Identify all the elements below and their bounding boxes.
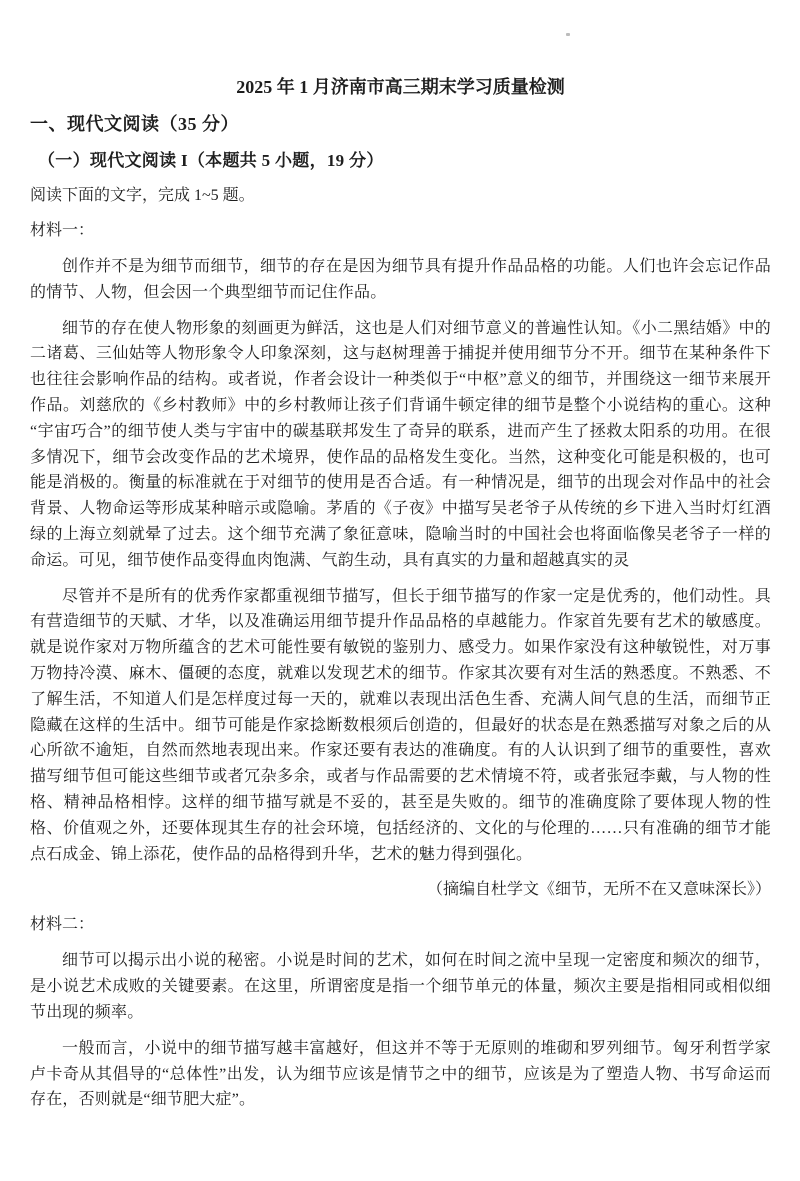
material-two-label: 材料二： (30, 912, 771, 938)
material-one-paragraph-3: 尽管并不是所有的优秀作家都重视细节描写，但长于细节描写的作家一定是优秀的，他们动… (30, 584, 771, 868)
page-title: 2025 年 1 月济南市高三期末学习质量检测 (30, 74, 771, 101)
material-one-paragraph-2: 细节的存在使人物形象的刻画更为鲜活，这也是人们对细节意义的普遍性认知。《小二黑结… (30, 316, 771, 574)
subsection-heading: （一）现代文阅读 I（本题共 5 小题，19 分） (38, 147, 771, 174)
section-heading: 一、现代文阅读（35 分） (30, 111, 771, 138)
scan-artifact-dot (566, 33, 570, 36)
material-one-paragraph-1: 创作并不是为细节而细节，细节的存在是因为细节具有提升作品品格的功能。人们也许会忘… (30, 254, 771, 306)
material-one-attribution: （摘编自杜学文《细节，无所不在又意味深长》） (30, 877, 771, 903)
material-two-paragraph-1: 细节可以揭示出小说的秘密。小说是时间的艺术，如何在时间之流中呈现一定密度和频次的… (30, 948, 771, 1025)
exam-page: 2025 年 1 月济南市高三期末学习质量检测 一、现代文阅读（35 分） （一… (0, 0, 800, 1181)
reading-instruction: 阅读下面的文字，完成 1~5 题。 (30, 183, 771, 209)
material-one-label: 材料一： (30, 218, 771, 244)
material-two-paragraph-2: 一般而言，小说中的细节描写越丰富越好，但这并不等于无原则的堆砌和罗列细节。匈牙利… (30, 1036, 771, 1113)
